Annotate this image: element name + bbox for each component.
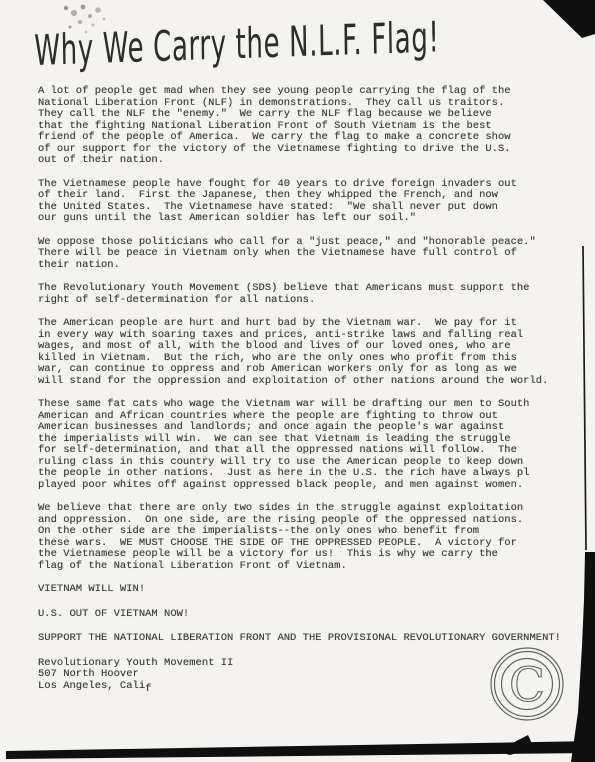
document-page: Why We Carry the N.L.F. Flag! A lot of p… <box>0 0 595 762</box>
paragraph-5: The American people are hurt and hurt ba… <box>38 318 568 387</box>
scan-edge-right-line <box>583 246 586 550</box>
signature-city-text: Los Angeles, Cali <box>38 680 145 692</box>
handwritten-title: Why We Carry the N.L.F. Flag! <box>34 12 440 75</box>
slogan-vietnam-will-win: VIETNAM WILL WIN! <box>38 584 568 596</box>
paragraph-3: We oppose those politicians who call for… <box>38 237 568 272</box>
signature-city-dropped-letter: f <box>145 683 151 695</box>
signature-block: Revolutionary Youth Movement II 507 Nort… <box>38 658 568 693</box>
paragraph-2: The Vietnamese people have fought for 40… <box>38 179 568 225</box>
scan-edge-right-border <box>571 552 595 762</box>
slogan-support-nlf: SUPPORT THE NATIONAL LIBERATION FRONT AN… <box>38 633 568 645</box>
scan-wedge-bottom-right <box>497 735 534 755</box>
slogan-us-out-of-vietnam: U.S. OUT OF VIETNAM NOW! <box>38 609 568 621</box>
scan-band-bottom <box>6 741 595 759</box>
paragraph-4: The Revolutionary Youth Movement (SDS) b… <box>38 283 568 306</box>
typewritten-body: A lot of people get mad when they see yo… <box>38 86 568 692</box>
paragraph-6: These same fat cats who wage the Vietnam… <box>38 399 568 491</box>
paragraph-1: A lot of people get mad when they see yo… <box>38 86 568 167</box>
signature-city: Los Angeles, Calif <box>38 681 568 693</box>
scan-corner-top-right <box>543 0 595 38</box>
paragraph-7: We believe that there are only two sides… <box>38 503 568 572</box>
